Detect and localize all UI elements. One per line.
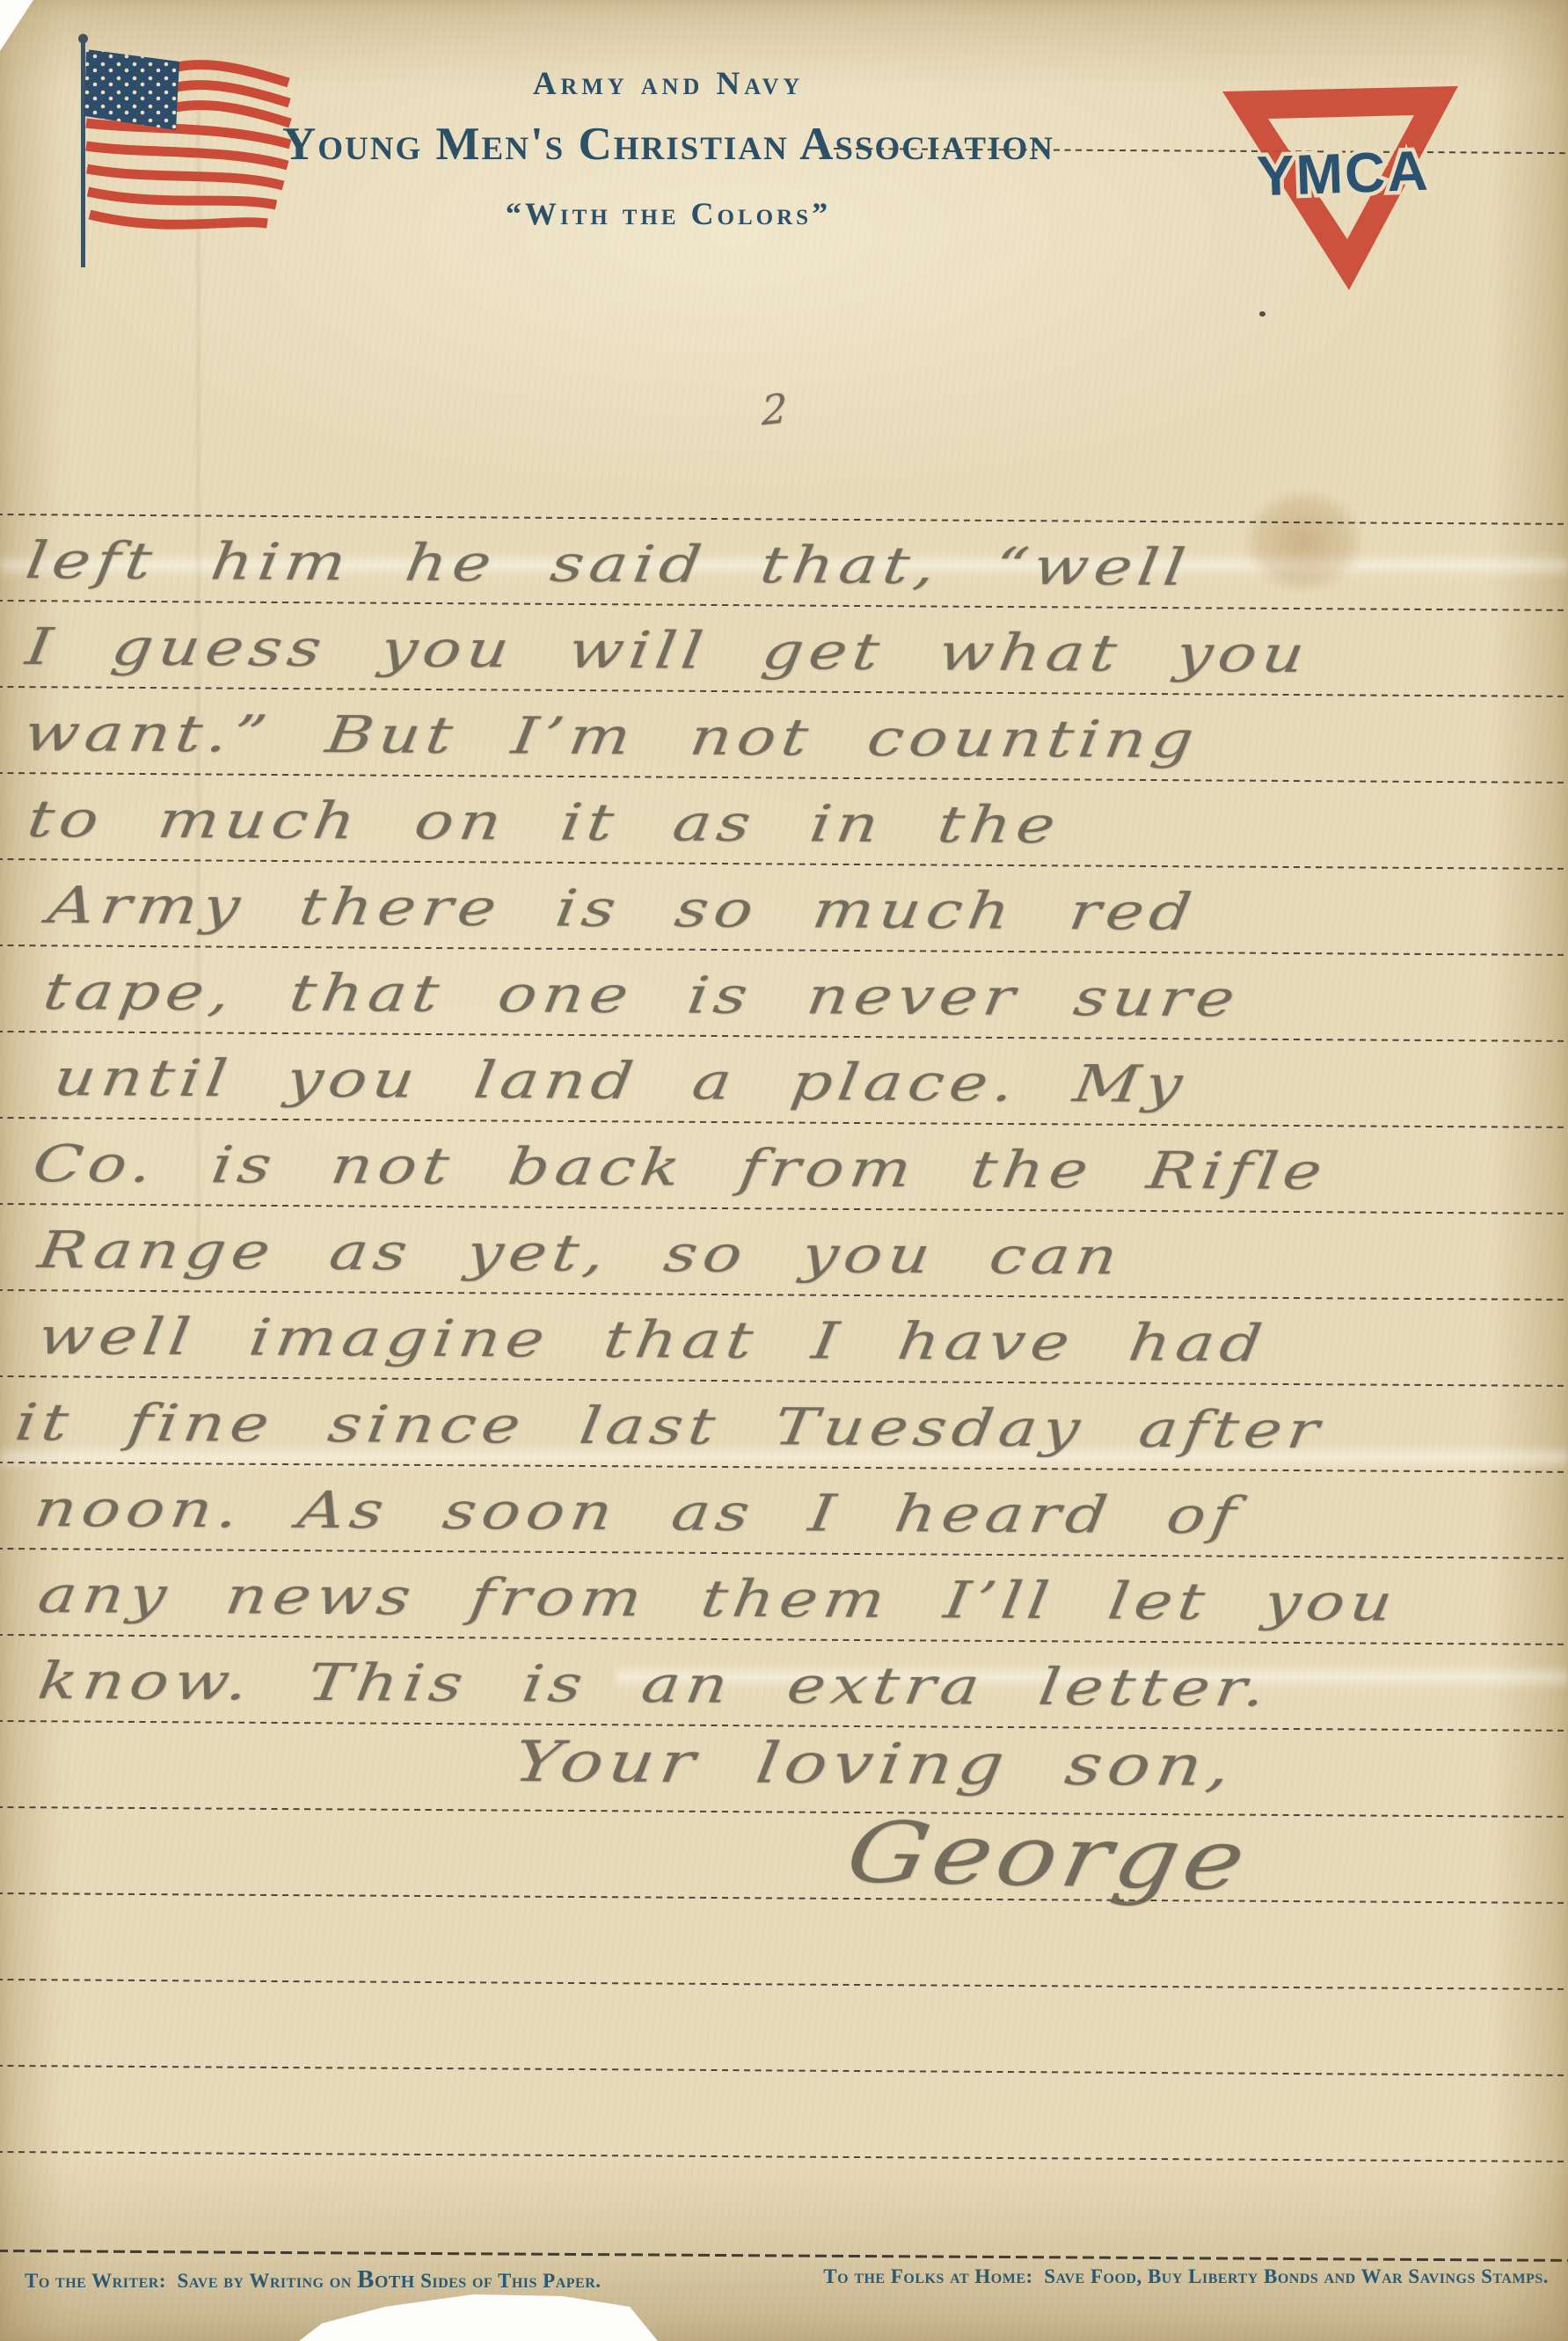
letter-closing: Your loving son, (510, 1734, 1239, 1795)
ymca-logo: YMCA (1215, 76, 1472, 301)
org-line2: Young Men's Christian Association (211, 118, 1126, 171)
handwriting-line: Co. is not back from the Rifle (30, 1138, 1331, 1197)
ymca-logo-text: YMCA (1256, 139, 1431, 208)
handwriting-line: noon. As soon as I heard of (32, 1483, 1244, 1541)
footer-folks-note: To the Folks at Home: Save Food, Buy Lib… (823, 2265, 1549, 2294)
handwriting-line: until you land a place. My (51, 1052, 1191, 1110)
handwriting-line: left him he said that, “well (23, 535, 1194, 593)
handwriting-line: I guess you will get what you (23, 621, 1313, 680)
handwriting-line: want.” But I’m not counting (21, 707, 1202, 765)
page-number: 2 (762, 388, 787, 431)
scanned-letter: Army and Navy Young Men's Christian Asso… (0, 0, 1568, 2341)
letter-page: Army and Navy Young Men's Christian Asso… (0, 0, 1568, 2341)
handwriting-line: any news from them I’ll let you (35, 1569, 1401, 1628)
handwriting-line: tape, that one is never sure (40, 966, 1243, 1024)
handwriting-line: it fine since last Tuesday after (12, 1397, 1328, 1455)
handwriting-line: Army there is so much red (45, 879, 1200, 937)
handwriting-line: well imagine that I have had (35, 1310, 1271, 1368)
handwriting-line: to much on it as in the (25, 793, 1064, 850)
letter-signature: George (841, 1810, 1258, 1902)
footer-writer-note: To the Writer: Save by Writing on Both S… (25, 2265, 602, 2294)
footer-both-emphasis: Both (357, 2265, 415, 2294)
stain (1222, 470, 1385, 611)
handwriting-line: know. This is an extra letter. (35, 1655, 1274, 1714)
handwriting-line: Range as yet, so you can (35, 1224, 1127, 1281)
footer-notes: To the Writer: Save by Writing on Both S… (0, 2265, 1568, 2294)
ink-speck (1259, 311, 1265, 317)
letterhead-tagline: “With the Colors” (211, 195, 1126, 232)
org-line1: Army and Navy (211, 65, 1126, 103)
